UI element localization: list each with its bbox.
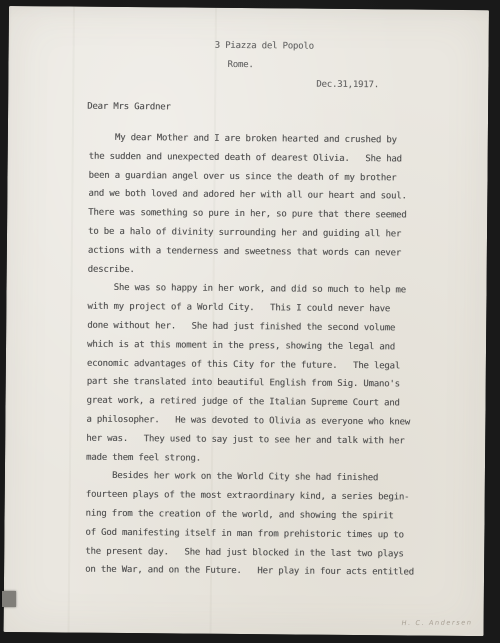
letter-line: on the War, and on the Future. Her play … [85,561,414,583]
letter-paper: 3 Piazza del Popolo Rome. Dec.31,1917. D… [4,6,489,636]
letter-line: ning from the creation of the world, and… [85,505,414,527]
salutation: Dear Mrs Gardner [87,102,171,113]
letter-line: My dear Mother and I are broken hearted … [89,129,418,151]
letter-line: a philosopher. He was devoted to Olivia … [86,411,415,433]
edge-tab-mark [2,591,16,607]
letter-line: her was. They used to say just to see he… [86,429,415,451]
pencil-annotation: H. C. Andersen [402,618,473,627]
letter-body: My dear Mother and I are broken hearted … [85,129,418,583]
letter-line: which is at this moment in the press, sh… [87,335,416,357]
paper-crease [68,7,75,633]
address-line-2: Rome. [227,60,253,70]
letter-date: Dec.31,1917. [316,80,379,91]
letter-line: to be a halo of divinity surrounding her… [88,223,417,245]
address-line-1: 3 Piazza del Popolo [215,41,314,52]
letter-line: of God manifesting itself in man from pr… [85,523,414,545]
letter-line: the sudden and unexpected death of deare… [89,147,418,169]
letter-line: done without her. She had just finished … [87,317,416,339]
letter-line: actions with a tenderness and sweetness … [88,241,417,263]
